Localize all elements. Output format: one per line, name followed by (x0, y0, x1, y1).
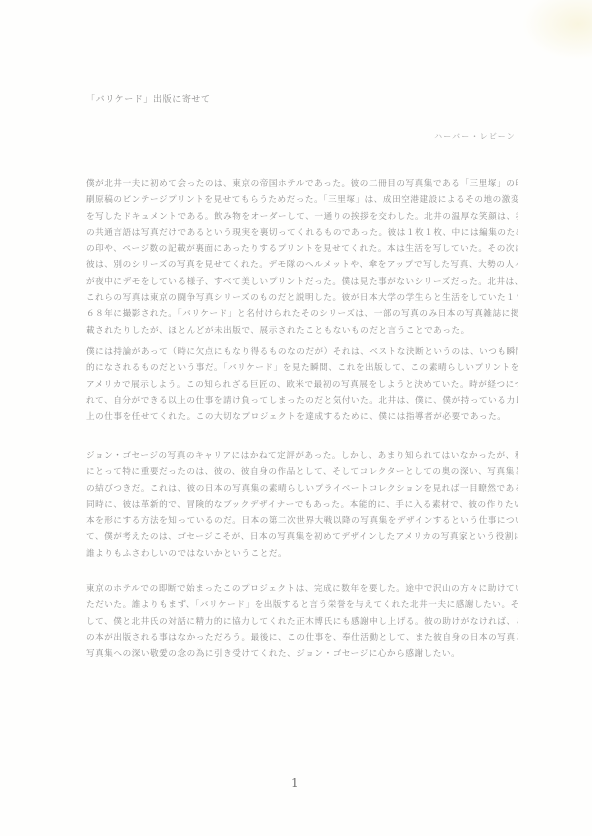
text-line: 東京のホテルでの即断で始まったこのプロジェクトは、完成に数年を要した。途中で沢山… (86, 581, 518, 597)
paragraph-1: 僕が北井一夫に初めて会ったのは、東京の帝国ホテルであった。彼の二冊目の写真集であ… (86, 176, 518, 339)
paragraph-4: 東京のホテルでの即断で始まったこのプロジェクトは、完成に数年を要した。途中で沢山… (86, 581, 518, 662)
document-title: 「バリケード」出版に寄せて (86, 92, 211, 105)
text-line: 載されたりしたが、ほとんどが未出版で、展示されたこともないものだと言うことであっ… (86, 323, 518, 339)
text-line: アメリカで展示しよう。この知られざる巨匠の、欧米で最初の写真展をしようと決めてい… (86, 377, 518, 393)
text-line: これらの写真は東京の闘争写真シリーズのものだと説明した。彼が日本大学の学生らと生… (86, 290, 518, 306)
text-line: 僕が北井一夫に初めて会ったのは、東京の帝国ホテルであった。彼の二冊目の写真集であ… (86, 176, 518, 192)
text-line: て、僕が考えたのは、ゴセージこそが、日本の写真集を初めてデザインしたアメリカの写… (86, 529, 518, 545)
document-page: 「バリケード」出版に寄せて ハーバー・レビーン 僕が北井一夫に初めて会ったのは、… (0, 0, 592, 836)
text-line: 写真集への深い敬愛の念の為に引き受けてくれた、ジョン・ゴセージに心から感謝したい… (86, 646, 518, 662)
text-line: ジョン・ゴセージの写真のキャリアにはかねて定評があった。しかし、あまり知られては… (86, 448, 518, 464)
author-name: ハーバー・レビーン (434, 131, 516, 142)
text-line: が夜中にデモをしている様子、すべて美しいプリントだった。僕は見た事がないシリーズ… (86, 274, 518, 290)
paper-stain (522, 0, 592, 60)
text-line: 誰よりもふさわしいのではないかということだ。 (86, 546, 518, 562)
text-line: の本が出版される事はなかっただろう。最後に、この仕事を、奉仕活動として、また彼自… (86, 630, 518, 646)
paragraph-3: ジョン・ゴセージの写真のキャリアにはかねて定評があった。しかし、あまり知られては… (86, 448, 518, 562)
text-line: 上の仕事を任せてくれた。この大切なプロジェクトを達成するために、僕には指導者が必… (86, 409, 518, 425)
text-line: して、僕と北井氏の対話に精力的に協力してくれた正木博氏にも感謝申し上げる。彼の助… (86, 614, 518, 630)
paragraph-2: 僕には持論があって（時に欠点にもなり得るものなのだが）それは、ベストな決断という… (86, 344, 518, 425)
text-line: 彼は、別のシリーズの写真を見せてくれた。デモ隊のヘルメットや、傘をアップで写した… (86, 257, 518, 273)
text-line: の結びつきだ。これは、彼の日本の写真集の素晴らしいプライベートコレクションを見れ… (86, 481, 518, 497)
text-line: ６８年に撮影された。「バリケード」と名付けられたそのシリーズは、一部の写真のみ日… (86, 306, 518, 322)
text-line: 僕には持論があって（時に欠点にもなり得るものなのだが）それは、ベストな決断という… (86, 344, 518, 360)
page-number: 1 (291, 776, 299, 790)
text-line: を写したドキュメントである。飲み物をオーダーして、一通りの挨拶を交わした。北井の… (86, 209, 518, 225)
text-line: ただいた。誰よりもまず、「バリケード」を出版すると言う栄誉を与えてくれた北井一夫… (86, 597, 518, 613)
text-line: の印や、ページ数の記載が裏面にあったりするプリントを見せてくれた。本は生活を写し… (86, 241, 518, 257)
text-line: 的になされるものだという事だ。「バリケード」を見た瞬間、これを出版して、この素晴… (86, 360, 518, 376)
text-line: れて、自分ができる以上の仕事を請け負ってしまったのだと気付いた。北井は、僕に、僕… (86, 393, 518, 409)
text-line: にとって特に重要だったのは、彼の、彼自身の作品として、そしてコレクターとしての奥… (86, 464, 518, 480)
text-line: 刷原稿のビンテージプリントを見せてもらうためだった。「三里塚」は、成田空港建設に… (86, 192, 518, 208)
text-line: 本を形にする方法を知っているのだ。日本の第二次世界大戦以降の写真集をデザインする… (86, 513, 518, 529)
text-line: 同時に、彼は革新的で、冒険的なブックデザイナーでもあった。本能的に、手に入る素材… (86, 497, 518, 513)
text-line: の共通言語は写真だけであるという現実を裏切ってくれるものであった。彼は１枚１枚、… (86, 225, 518, 241)
